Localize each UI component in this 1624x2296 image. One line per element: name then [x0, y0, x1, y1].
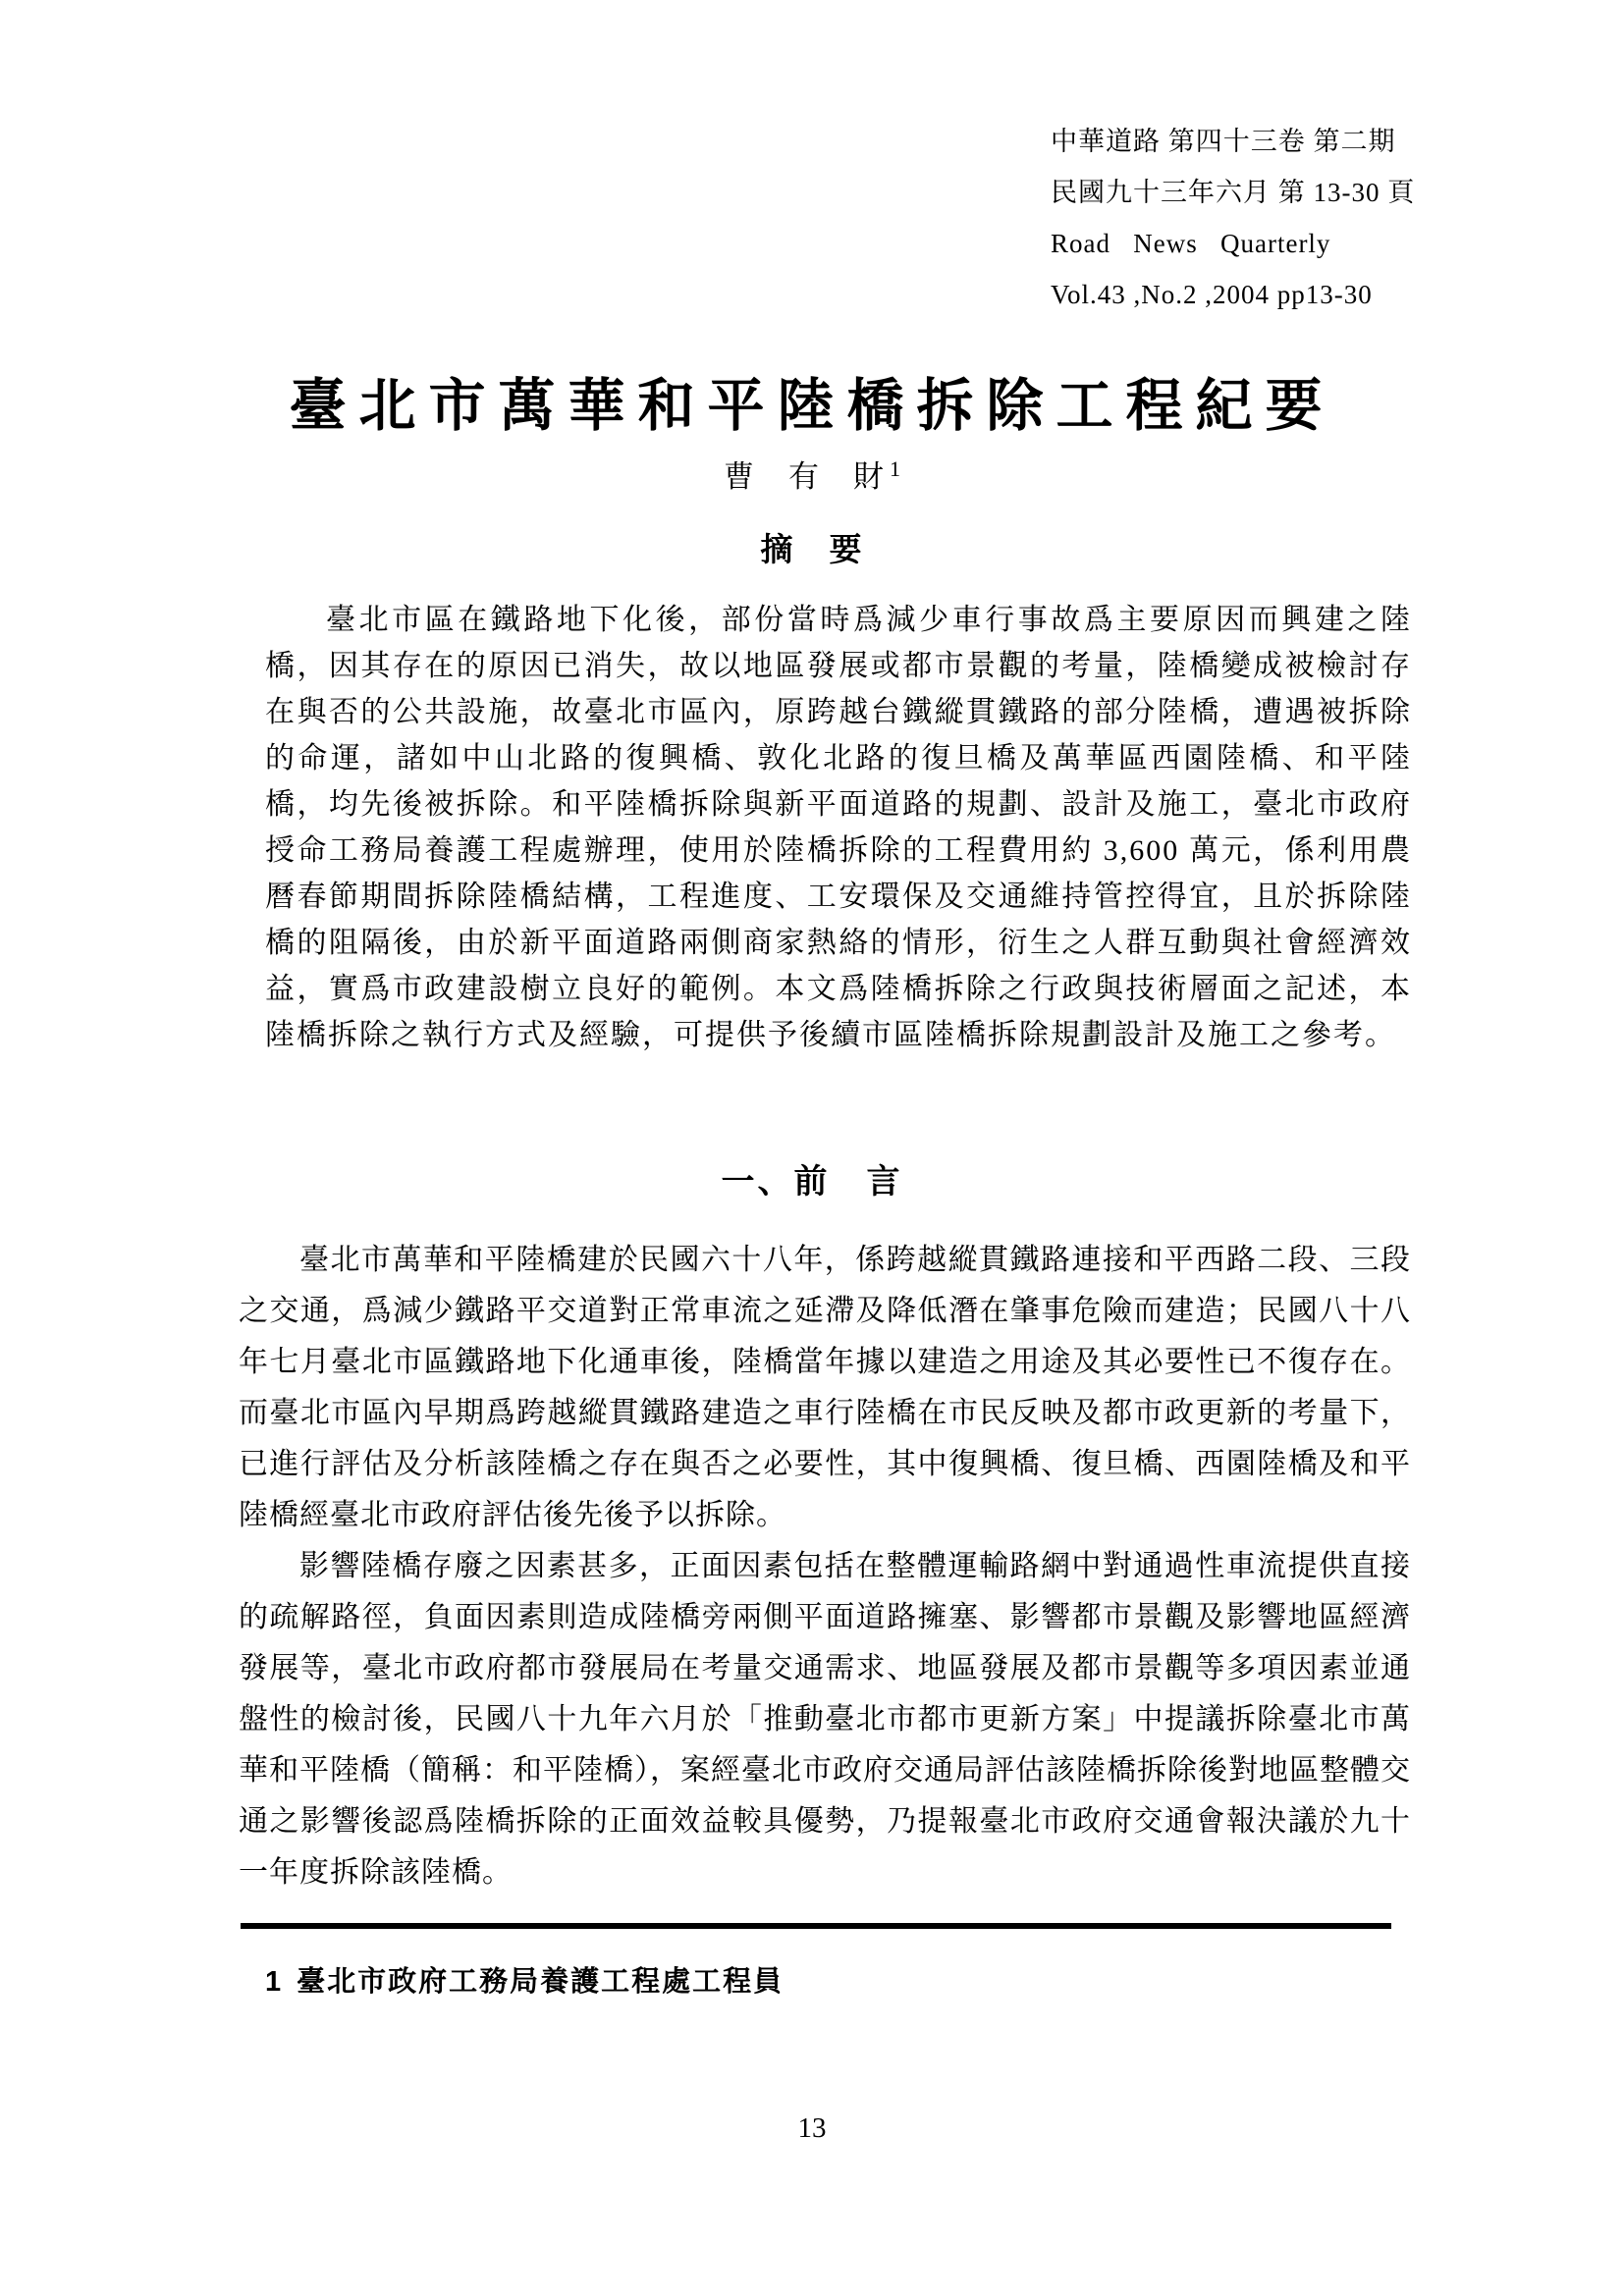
- abstract-body: 臺北市區在鐵路地下化後，部份當時爲減少車行事故爲主要原因而興建之陸橋，因其存在的…: [265, 597, 1412, 1058]
- journal-name-english-line: Road News Quarterly: [1051, 218, 1415, 269]
- introduction-paragraph-2: 影響陸橋存廢之因素甚多，正面因素包括在整體運輸路網中對通過性車流提供直接的疏解路…: [239, 1541, 1411, 1898]
- journal-header: 中華道路 第四十三卷 第二期 民國九十三年六月 第 13-30 頁 Road N…: [1051, 116, 1415, 320]
- author-name: 曹 有 財: [724, 459, 886, 494]
- issue-date-pages-line: 民國九十三年六月 第 13-30 頁: [1051, 167, 1415, 218]
- volume-issue-line: Vol.43 ,No.2 ,2004 pp13-30: [1051, 269, 1415, 320]
- footnote: 1臺北市政府工務局養護工程處工程員: [265, 1959, 784, 2000]
- section-body-introduction: 臺北市萬華和平陸橋建於民國六十八年，係跨越縱貫鐵路連接和平西路二段、三段之交通，…: [239, 1235, 1411, 1898]
- author-footnote-ref: 1: [890, 456, 900, 481]
- footnote-text: 臺北市政府工務局養護工程處工程員: [297, 1966, 784, 1998]
- author-line: 曹 有 財1: [0, 452, 1624, 496]
- abstract-heading: 摘 要: [0, 524, 1624, 570]
- journal-page: 中華道路 第四十三卷 第二期 民國九十三年六月 第 13-30 頁 Road N…: [0, 0, 1624, 2296]
- article-title: 臺北市萬華和平陸橋拆除工程紀要: [0, 359, 1624, 442]
- footnote-divider: [241, 1923, 1391, 1929]
- journal-name-line: 中華道路 第四十三卷 第二期: [1051, 116, 1415, 167]
- page-number: 13: [0, 2112, 1624, 2145]
- introduction-paragraph-1: 臺北市萬華和平陸橋建於民國六十八年，係跨越縱貫鐵路連接和平西路二段、三段之交通，…: [239, 1235, 1411, 1541]
- footnote-marker: 1: [265, 1966, 283, 1998]
- section-heading-introduction: 一、前 言: [0, 1154, 1624, 1202]
